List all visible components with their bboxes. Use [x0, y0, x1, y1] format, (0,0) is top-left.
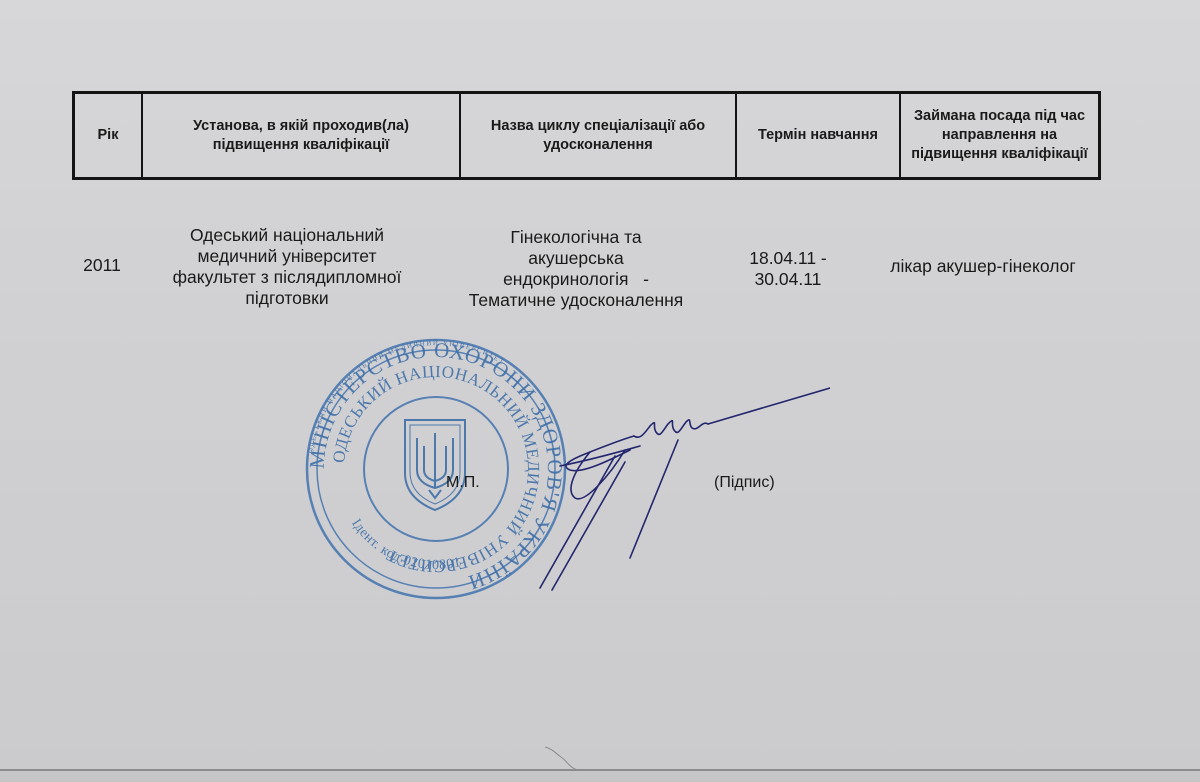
cell-position: лікар акушер-гінеколог [866, 256, 1100, 277]
cell-institution: Одеський національний медичний університ… [132, 225, 442, 309]
header-position-line: підвищення кваліфікації [905, 145, 1094, 164]
signature-label: (Підпис) [714, 474, 775, 492]
cell-cycle-line: Тематичне удосконалення [442, 290, 710, 311]
stamp-inner-text: ОДЕСЬКИЙ НАЦІОНАЛЬНИЙ МЕДИЧНИЙ УНІВЕРСИТ… [329, 362, 543, 576]
official-stamp: ОДЕСЬКИЙ НАЦІОНАЛЬНИЙ МЕДИЧНИЙ УНІВЕРСИТ… [305, 338, 567, 600]
qualification-table: Рік Установа, в якій проходив(ла) підвищ… [72, 91, 1101, 180]
cell-term-line: 30.04.11 [710, 269, 866, 290]
header-cycle: Назва циклу спеціалізації або удосконале… [460, 93, 736, 179]
header-cycle-line: удосконалення [465, 136, 731, 155]
cell-institution-line: підготовки [132, 288, 442, 309]
header-position: Займана посада під час направлення на пі… [900, 93, 1100, 179]
cell-year: 2011 [72, 255, 132, 276]
header-position-line: Займана посада під час [905, 107, 1094, 126]
cell-cycle-line: ендокринологія - [442, 269, 710, 290]
page-edge-line [0, 769, 1200, 771]
seal-place-label: М.П. [446, 474, 480, 492]
paper-fiber [545, 745, 585, 771]
header-institution-line: Установа, в якій проходив(ла) [147, 117, 455, 136]
handwritten-signature [530, 380, 830, 595]
cell-cycle-line: акушерська [442, 248, 710, 269]
cell-cycle-line: Гінекологічна та [442, 227, 710, 248]
header-institution: Установа, в якій проходив(ла) підвищення… [142, 93, 460, 179]
cell-institution-line: Одеський національний [132, 225, 442, 246]
header-position-line: направлення на [905, 126, 1094, 145]
header-year: Рік [74, 93, 143, 179]
header-term: Термін навчання [736, 93, 900, 179]
page-underlay [0, 771, 1200, 782]
header-institution-line: підвищення кваліфікації [147, 136, 455, 155]
header-cycle-line: Назва циклу спеціалізації або [465, 117, 731, 136]
cell-term: 18.04.11 - 30.04.11 [710, 248, 866, 290]
cell-institution-line: факультет з післядипломної [132, 267, 442, 288]
table-header-row: Рік Установа, в якій проходив(ла) підвищ… [74, 93, 1100, 179]
cell-cycle: Гінекологічна та акушерська ендокринолог… [442, 227, 710, 311]
cell-institution-line: медичний університет [132, 246, 442, 267]
trident-coat-of-arms-icon [405, 420, 465, 510]
cell-term-line: 18.04.11 - [710, 248, 866, 269]
